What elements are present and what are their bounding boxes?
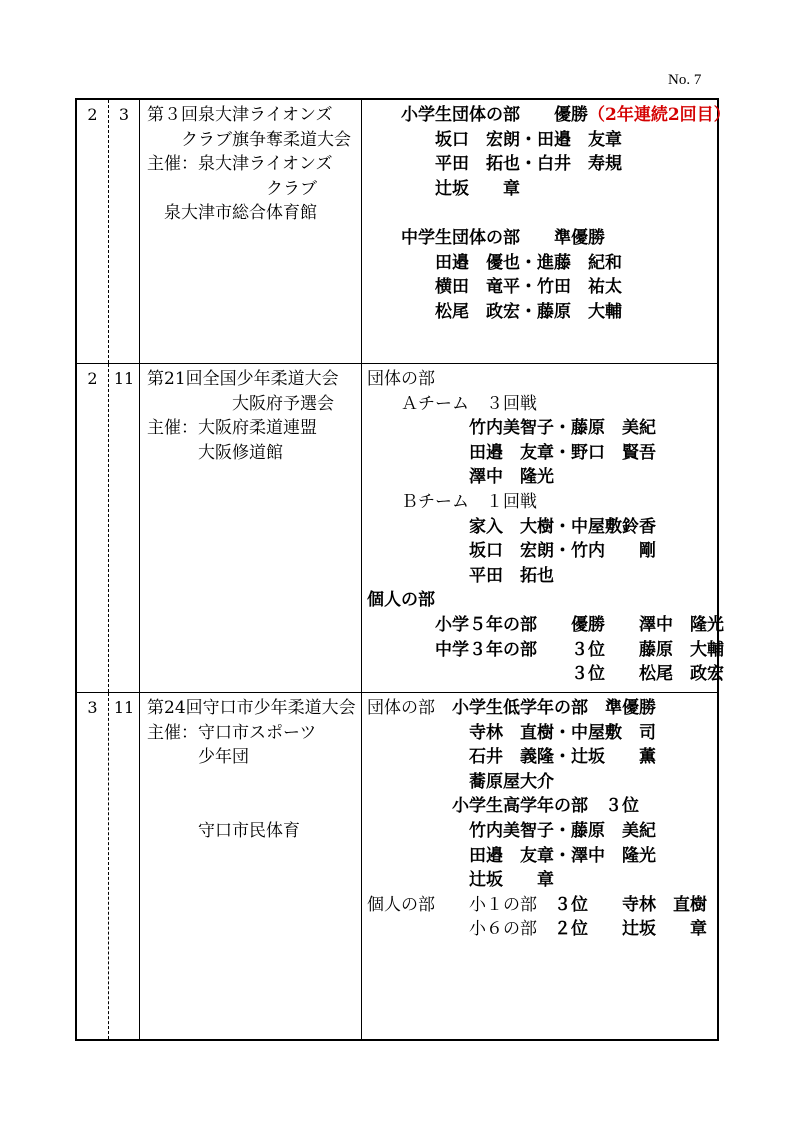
- text-segment: 田邉 友章・野口 賢吾: [367, 443, 656, 463]
- result-line: 小学５年の部 優勝 澤中 隆光: [367, 613, 717, 638]
- text-segment: 竹内美智子・藤原 美紀: [367, 418, 656, 438]
- event-line: 第21回全国少年柔道大会: [147, 367, 361, 392]
- result-line: ３位 松尾 政宏: [367, 662, 717, 687]
- results-cell: 団体の部 Ａチーム ３回戦 竹内美智子・藤原 美紀 田邉 友章・野口 賢吾 澤中…: [362, 364, 719, 693]
- text-segment: 小学生団体の部 優勝: [367, 105, 588, 125]
- text-segment: 坂口 宏朗・田邉 友章: [367, 130, 622, 150]
- text-segment: 辻坂 章: [367, 870, 554, 890]
- text-segment: 個人の部: [367, 895, 435, 915]
- results-table-body: 23第３回泉大津ライオンズ クラブ旗争奪柔道大会主催：泉大津ライオンズ クラブ …: [76, 99, 718, 1040]
- event-line: 主催：守口市スポーツ: [147, 721, 361, 746]
- text-segment: 団体の部: [367, 369, 435, 389]
- result-line: 辻坂 章: [367, 868, 717, 893]
- month-cell: 2: [76, 364, 109, 693]
- event-line: 大阪府予選会: [147, 392, 361, 417]
- result-line: 坂口 宏朗・竹内 剛: [367, 539, 717, 564]
- text-segment: 平田 拓也・白井 寿規: [367, 154, 622, 174]
- event-line: 守口市民体育: [147, 819, 361, 844]
- event-line: 泉大津市総合体育館: [147, 201, 361, 226]
- result-line: 寺林 直樹・中屋敷 司: [367, 721, 717, 746]
- text-segment: （2年連続2回目）: [588, 105, 731, 125]
- result-line: 竹内美智子・藤原 美紀: [367, 416, 717, 441]
- text-segment: 小１の部: [435, 895, 537, 915]
- result-line: 個人の部: [367, 588, 717, 613]
- text-segment: ３位 松尾 政宏: [367, 664, 724, 684]
- text-segment: 小６の部: [367, 919, 537, 939]
- text-segment: 団体の部: [367, 698, 435, 718]
- text-segment: ２位 辻坂 章: [537, 919, 707, 939]
- event-line: 主催：大阪府柔道連盟: [147, 416, 361, 441]
- day-cell: 3: [109, 99, 140, 364]
- month-cell: 3: [76, 693, 109, 1041]
- text-segment: ３位 寺林 直樹: [537, 895, 707, 915]
- table-row: 211第21回全国少年柔道大会 大阪府予選会主催：大阪府柔道連盟 大阪修道館団体…: [76, 364, 718, 693]
- result-line: 個人の部 小１の部 ３位 寺林 直樹: [367, 893, 717, 918]
- text-segment: 小学生低学年の部 準優勝: [435, 698, 656, 718]
- day-cell: 11: [109, 693, 140, 1041]
- text-segment: 横田 竜平・竹田 祐太: [367, 277, 622, 297]
- text-segment: 寺林 直樹・中屋敷 司: [367, 723, 656, 743]
- text-segment: 坂口 宏朗・竹内 剛: [367, 541, 656, 561]
- results-cell: 小学生団体の部 優勝（2年連続2回目） 坂口 宏朗・田邉 友章 平田 拓也・白井…: [362, 99, 719, 364]
- document-page: No. 7 23第３回泉大津ライオンズ クラブ旗争奪柔道大会主催：泉大津ライオン…: [0, 0, 794, 1123]
- result-line: 小学生高学年の部 ３位: [367, 794, 717, 819]
- text-segment: 家入 大樹・中屋敷鈴香: [367, 517, 656, 537]
- text-segment: 個人の部: [367, 590, 435, 610]
- month-cell: 2: [76, 99, 109, 364]
- text-segment: 田邉 友章・澤中 隆光: [367, 846, 656, 866]
- text-segment: 蕎原屋大介: [367, 772, 554, 792]
- result-line: [367, 201, 717, 226]
- event-line: クラブ旗争奪柔道大会: [147, 128, 361, 153]
- result-line: 家入 大樹・中屋敷鈴香: [367, 515, 717, 540]
- result-line: 辻坂 章: [367, 177, 717, 202]
- text-segment: 平田 拓也: [367, 566, 554, 586]
- result-line: 田邉 優也・進藤 紀和: [367, 251, 717, 276]
- event-line: 少年団: [147, 745, 361, 770]
- result-line: 横田 竜平・竹田 祐太: [367, 275, 717, 300]
- event-line: 第24回守口市少年柔道大会: [147, 696, 361, 721]
- event-line: [147, 770, 361, 795]
- text-segment: 石井 義隆・辻坂 薫: [367, 747, 656, 767]
- event-line: 第３回泉大津ライオンズ: [147, 103, 361, 128]
- text-segment: 澤中 隆光: [367, 467, 554, 487]
- result-line: 澤中 隆光: [367, 465, 717, 490]
- results-table: 23第３回泉大津ライオンズ クラブ旗争奪柔道大会主催：泉大津ライオンズ クラブ …: [75, 98, 719, 1041]
- result-line: 田邉 友章・野口 賢吾: [367, 441, 717, 466]
- table-row: 311第24回守口市少年柔道大会主催：守口市スポーツ 少年団 守口市民体育団体の…: [76, 693, 718, 1041]
- result-line: 松尾 政宏・藤原 大輔: [367, 300, 717, 325]
- result-line: 小６の部 ２位 辻坂 章: [367, 917, 717, 942]
- result-line: 平田 拓也・白井 寿規: [367, 152, 717, 177]
- text-segment: 田邉 優也・進藤 紀和: [367, 253, 622, 273]
- result-line: Ａチーム ３回戦: [367, 392, 717, 417]
- result-line: Ｂチーム １回戦: [367, 490, 717, 515]
- text-segment: 中学生団体の部 準優勝: [367, 228, 605, 248]
- day-cell: 11: [109, 364, 140, 693]
- event-cell: 第24回守口市少年柔道大会主催：守口市スポーツ 少年団 守口市民体育: [140, 693, 362, 1041]
- text-segment: Ｂチーム １回戦: [367, 492, 537, 512]
- table-row: 23第３回泉大津ライオンズ クラブ旗争奪柔道大会主催：泉大津ライオンズ クラブ …: [76, 99, 718, 364]
- result-line: 石井 義隆・辻坂 薫: [367, 745, 717, 770]
- result-line: 平田 拓也: [367, 564, 717, 589]
- result-line: 坂口 宏朗・田邉 友章: [367, 128, 717, 153]
- result-line: 田邉 友章・澤中 隆光: [367, 844, 717, 869]
- text-segment: 辻坂 章: [367, 179, 520, 199]
- page-number: No. 7: [668, 72, 701, 89]
- result-line: 中学３年の部 ３位 藤原 大輔: [367, 638, 717, 663]
- event-cell: 第３回泉大津ライオンズ クラブ旗争奪柔道大会主催：泉大津ライオンズ クラブ 泉大…: [140, 99, 362, 364]
- event-line: 大阪修道館: [147, 441, 361, 466]
- result-line: 中学生団体の部 準優勝: [367, 226, 717, 251]
- text-segment: 中学３年の部 ３位 藤原 大輔: [367, 640, 724, 660]
- result-line: 竹内美智子・藤原 美紀: [367, 819, 717, 844]
- text-segment: 小学５年の部 優勝 澤中 隆光: [367, 615, 724, 635]
- text-segment: 竹内美智子・藤原 美紀: [367, 821, 656, 841]
- result-line: 団体の部: [367, 367, 717, 392]
- event-cell: 第21回全国少年柔道大会 大阪府予選会主催：大阪府柔道連盟 大阪修道館: [140, 364, 362, 693]
- text-segment: 小学生高学年の部 ３位: [367, 796, 639, 816]
- result-line: 小学生団体の部 優勝（2年連続2回目）: [367, 103, 717, 128]
- event-line: クラブ: [147, 177, 361, 202]
- result-line: 団体の部 小学生低学年の部 準優勝: [367, 696, 717, 721]
- event-line: 主催：泉大津ライオンズ: [147, 152, 361, 177]
- event-line: [147, 794, 361, 819]
- text-segment: Ａチーム ３回戦: [367, 394, 537, 414]
- results-cell: 団体の部 小学生低学年の部 準優勝 寺林 直樹・中屋敷 司 石井 義隆・辻坂 薫…: [362, 693, 719, 1041]
- result-line: 蕎原屋大介: [367, 770, 717, 795]
- text-segment: 松尾 政宏・藤原 大輔: [367, 302, 622, 322]
